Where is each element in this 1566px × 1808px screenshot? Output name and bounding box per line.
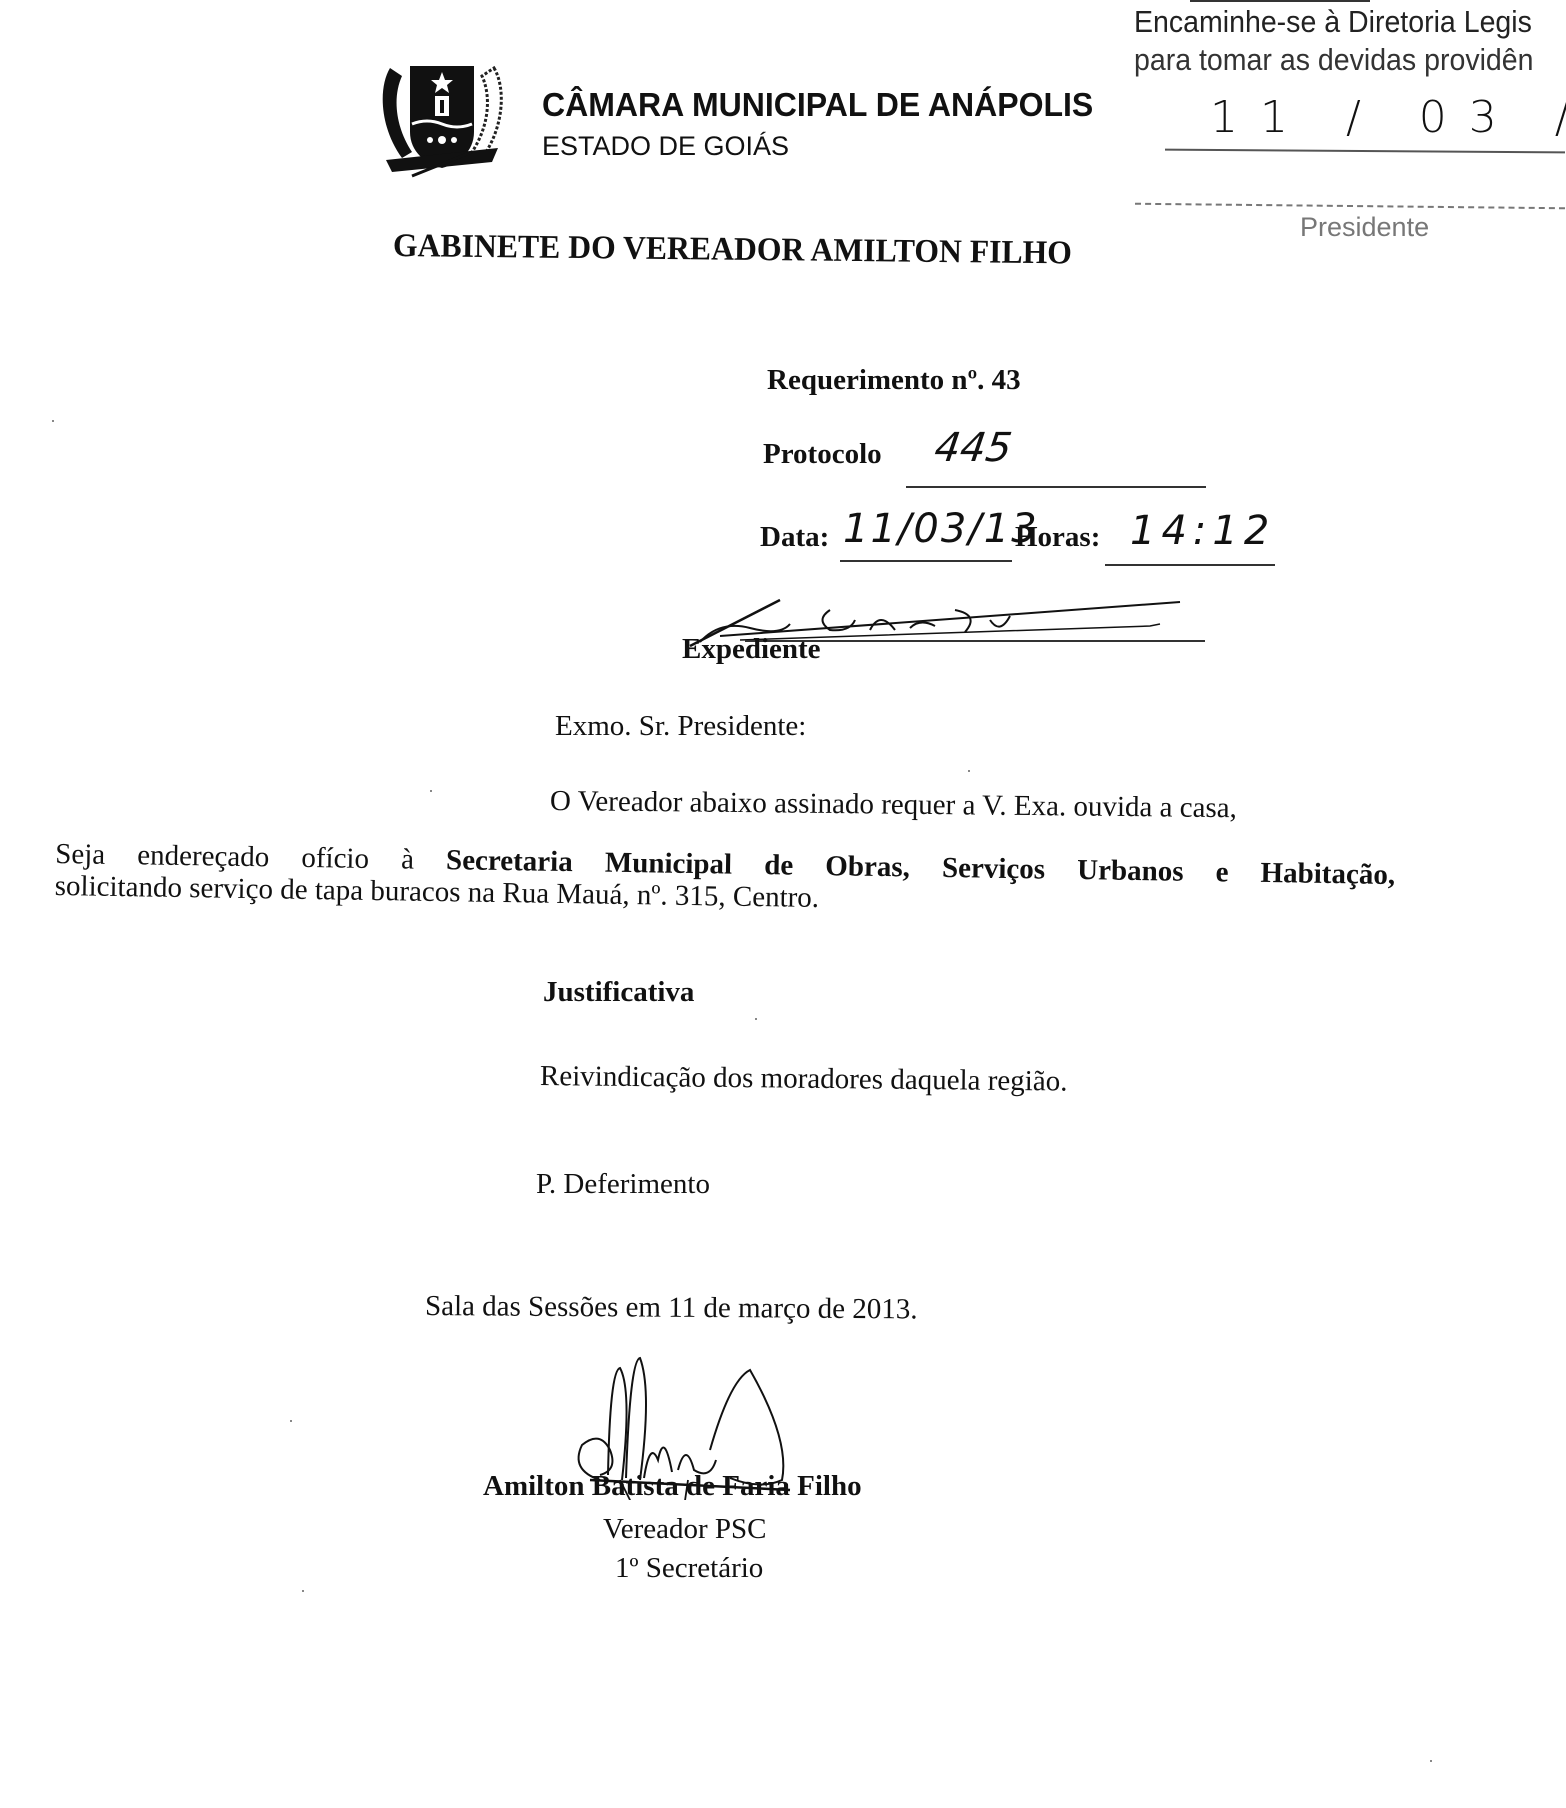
stamp-header-bar (1190, 0, 1370, 2)
author-name: Amilton Batista de Faria Filho (483, 1470, 862, 1503)
horas-value: 14:12 (1130, 508, 1275, 554)
horas-label: Horas: (1015, 521, 1100, 554)
data-value: 11/03/13 (843, 506, 1039, 552)
data-label: Data: (760, 521, 829, 554)
scan-speck (52, 420, 54, 422)
organization-name: CÂMARA MUNICIPAL DE ANÁPOLIS (542, 86, 1093, 124)
expediente-label: Expediente (682, 633, 821, 666)
scan-speck (1430, 1760, 1432, 1762)
coat-of-arms-icon (372, 48, 512, 188)
stamp-instruction-line2: para tomar as devidas providên (1134, 42, 1534, 78)
intro-text: O Vereador abaixo assinado requer a V. E… (550, 785, 1237, 825)
protocolo-underline (906, 486, 1206, 488)
scan-speck (302, 1590, 304, 1592)
stamp-date-line (1165, 149, 1565, 154)
horas-underline (1105, 564, 1275, 566)
justification-title: Justificativa (543, 976, 694, 1009)
stamp-handwritten-date: 11 / 03 / 13 (1210, 92, 1566, 143)
scan-speck (968, 770, 970, 772)
state-name: ESTADO DE GOIÁS (542, 131, 789, 162)
request-paragraph: Seja endereçado ofício à Secretaria Muni… (54, 838, 1395, 923)
protocolo-value: 445 (932, 425, 1015, 471)
scan-speck (290, 1420, 292, 1422)
scan-speck (430, 790, 432, 792)
data-underline (840, 560, 1012, 562)
author-role: Vereador PSC (603, 1513, 767, 1546)
cabinet-title: GABINETE DO VEREADOR AMILTON FILHO (393, 228, 1072, 272)
requerimento-number: Requerimento nº. 43 (767, 364, 1021, 397)
greeting: Exmo. Sr. Presidente: (555, 710, 806, 743)
protocolo-label: Protocolo (763, 438, 882, 471)
stamp-signature-line (1135, 203, 1565, 210)
author-title: 1º Secretário (615, 1552, 763, 1585)
closing: P. Deferimento (536, 1168, 710, 1201)
stamp-president-label: Presidente (1300, 212, 1429, 243)
justification-text: Reivindicação dos moradores daquela regi… (540, 1060, 1068, 1099)
scan-speck (755, 1018, 757, 1020)
stamp-instruction-line1: Encaminhe-se à Diretoria Legis (1134, 4, 1532, 40)
place-date: Sala das Sessões em 11 de março de 2013. (425, 1290, 918, 1326)
